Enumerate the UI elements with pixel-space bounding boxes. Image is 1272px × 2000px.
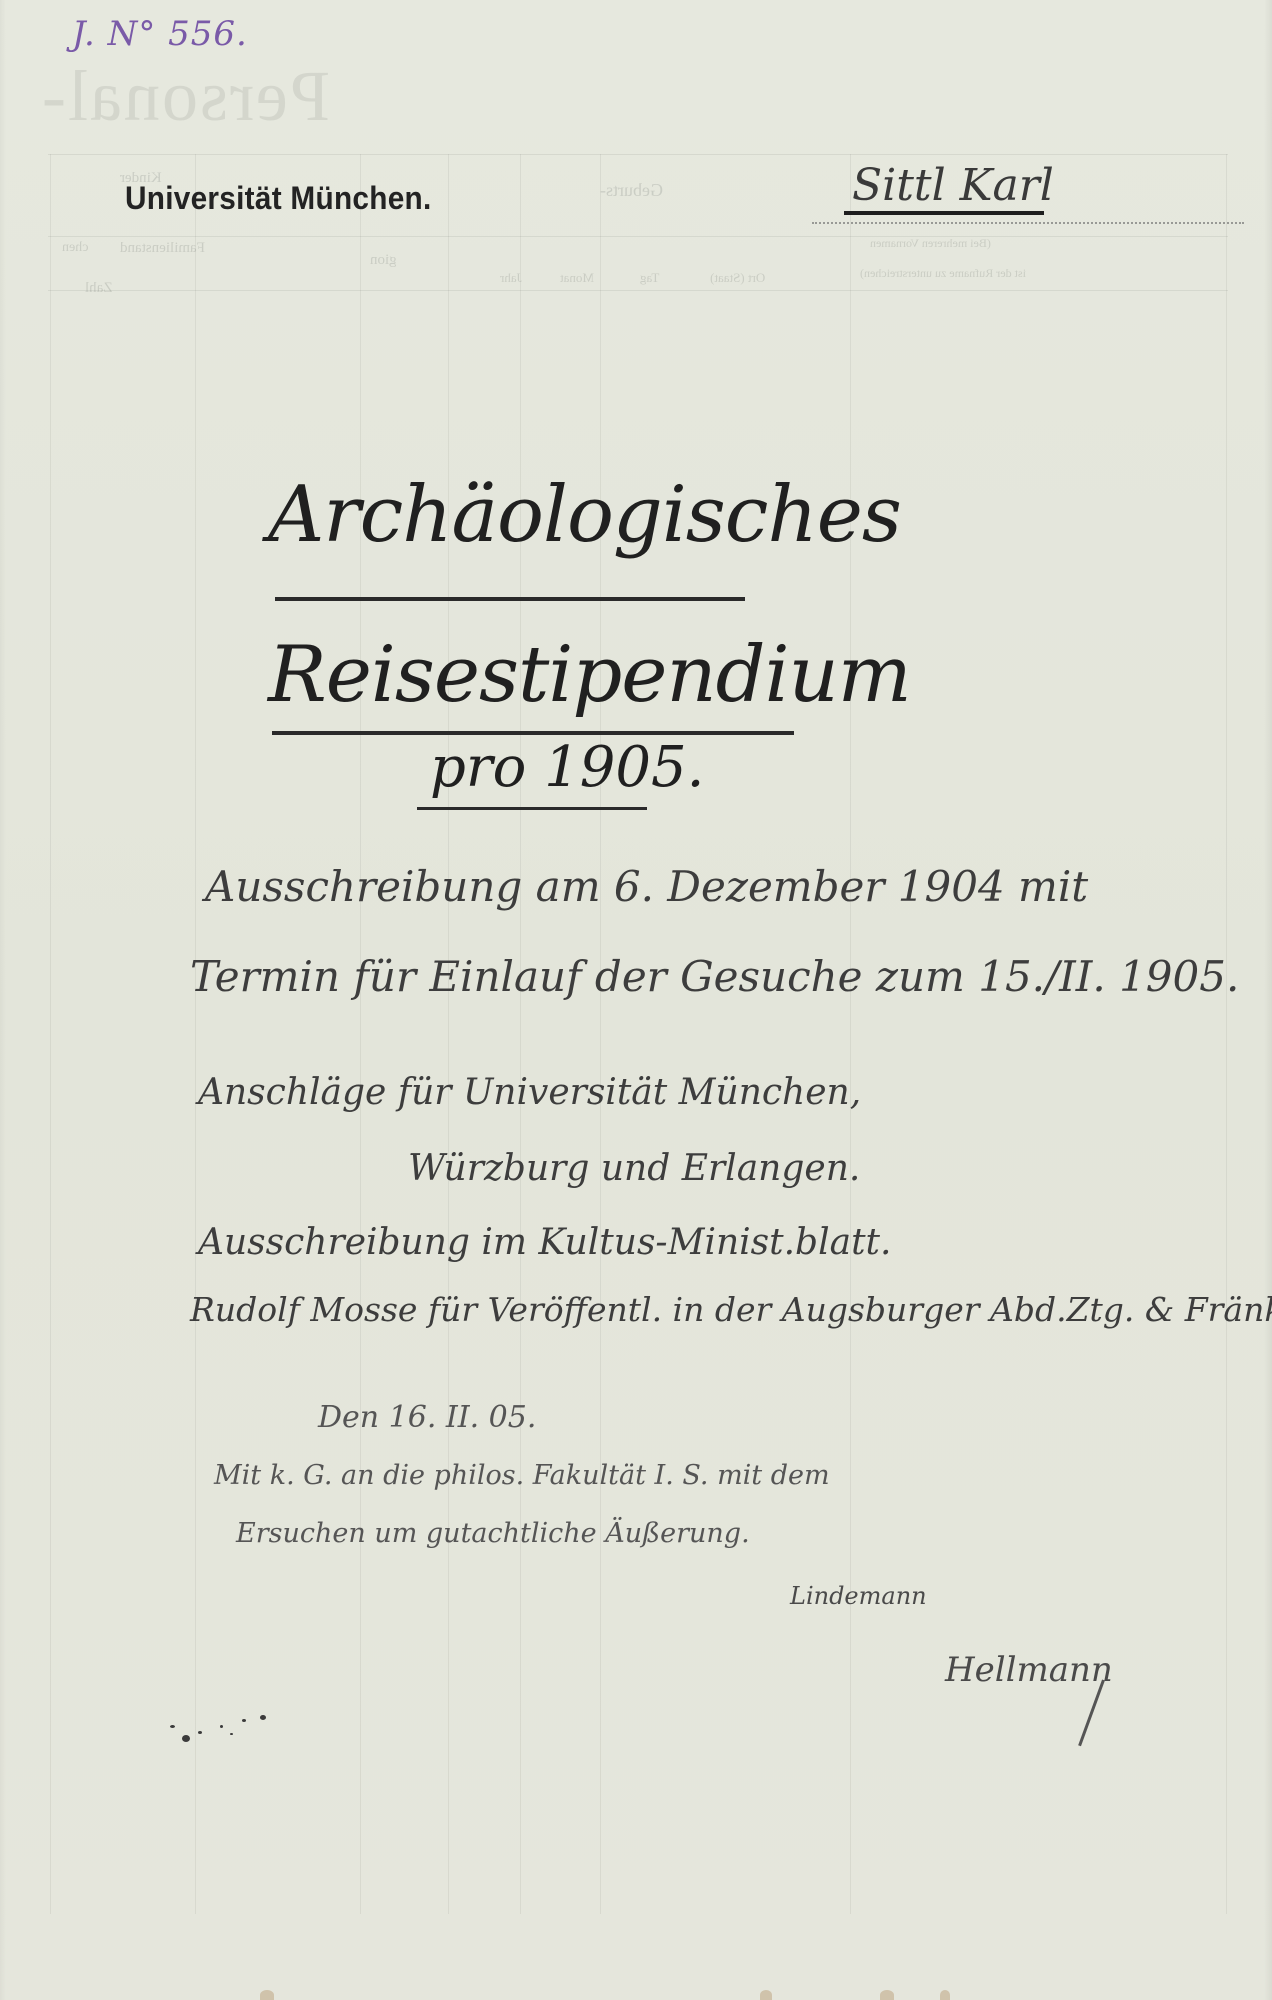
- ink-specks: [160, 1715, 290, 1755]
- bleed-through-label: Monat: [560, 270, 594, 286]
- signature-hellmann: Hellmann: [945, 1650, 1113, 1690]
- bleed-through-label: Geburts-: [600, 180, 663, 201]
- bleed-through-label: chen: [62, 240, 88, 256]
- bleed-through-label: ist der Rufname zu unterstreichen): [860, 266, 1026, 281]
- paper-stain: [260, 1990, 274, 2000]
- paper-stain: [940, 1990, 950, 2000]
- paper-stain: [760, 1990, 772, 2000]
- bleed-through-label: Ort (Staat): [710, 270, 765, 286]
- bleed-through-label: gion: [370, 252, 397, 269]
- document-page: Personal- Kinder chen Familienstand Zahl…: [0, 0, 1272, 2000]
- bleed-through-label: (Bei mehreren Vornamen: [870, 236, 991, 251]
- title-year: pro 1905.: [430, 735, 704, 800]
- bleed-through-label: Familienstand: [120, 240, 205, 257]
- paper-stain: [880, 1990, 894, 2000]
- struck-name: Sittl Karl: [852, 160, 1054, 211]
- title-line-2: Reisestipendium: [268, 630, 911, 720]
- bleed-through-column: [520, 154, 521, 1914]
- body-line: Anschläge für Universität München,: [198, 1072, 861, 1113]
- pencil-note-line: Ersuchen um gutachtliche Äußerung.: [236, 1518, 750, 1549]
- pencil-note-date: Den 16. II. 05.: [318, 1400, 536, 1435]
- reference-number: J. N° 556.: [72, 14, 248, 54]
- bleed-through-column: [195, 154, 196, 1914]
- dotted-field-line: [812, 222, 1244, 224]
- bleed-through-label: Jahr: [500, 270, 522, 286]
- bleed-through-title: Personal-: [40, 55, 330, 138]
- name-field: Sittl Karl: [812, 160, 1244, 230]
- bleed-through-column: [850, 154, 851, 1914]
- body-line: Ausschreibung am 6. Dezember 1904 mit: [205, 862, 1088, 911]
- pencil-note-line: Mit k. G. an die philos. Fakultät I. S. …: [214, 1460, 830, 1491]
- body-line: Termin für Einlauf der Gesuche zum 15./I…: [190, 952, 1239, 1001]
- strike-through-line: [844, 211, 1044, 215]
- bleed-through-rule: [48, 236, 1228, 237]
- bleed-through-column: [360, 154, 361, 1914]
- body-line: Rudolf Mosse für Veröffentl. in der Augs…: [190, 1290, 1272, 1329]
- body-line: Ausschreibung im Kultus-Minist.blatt.: [198, 1222, 891, 1263]
- bleed-through-rule: [48, 290, 1228, 291]
- body-line: Würzburg und Erlangen.: [408, 1148, 860, 1189]
- signature-lindemann: Lindemann: [790, 1582, 927, 1610]
- bleed-through-column: [448, 154, 449, 1914]
- bleed-through-label: Tag: [640, 270, 659, 286]
- bleed-through-column: [600, 154, 601, 1914]
- institution-header: Universität München.: [125, 180, 432, 217]
- bleed-through-label: Zahl: [85, 280, 113, 297]
- title-underline: [275, 597, 745, 601]
- bleed-through-column: [1226, 154, 1227, 1914]
- title-line-1: Archäologisches: [268, 470, 901, 560]
- title-underline: [417, 807, 647, 810]
- bleed-through-column: [50, 154, 51, 1914]
- bleed-through-rule: [48, 154, 1228, 155]
